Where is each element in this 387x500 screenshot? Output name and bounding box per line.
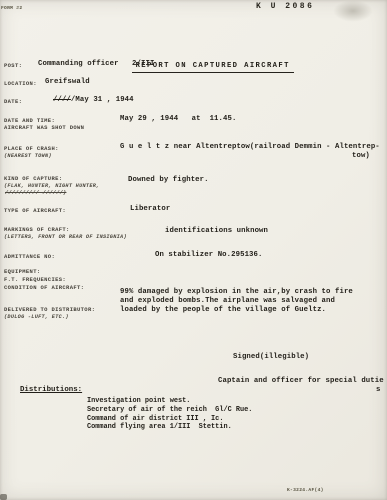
field-label-ft-frequencies: F.T. FREQUENCIES: [4, 276, 66, 283]
field-value-markings: identifications unknown [165, 227, 268, 235]
field-value-admittance: On stabilizer No.295136. [155, 251, 263, 259]
field-label-date-time-2: AIRCRAFT WAS SHOT DOWN [4, 124, 84, 131]
scanned-report-page: FORM #2 K U 2086 REPORT ON CAPTURED AIRC… [0, 0, 387, 500]
distributions-heading: Distributions: [20, 386, 82, 394]
field-label-equipment: EQUIPMENT: [4, 268, 41, 275]
footer-code: K-3224.AF(4) [287, 488, 324, 493]
report-title: REPORT ON CAPTURED AIRCRAFT [132, 62, 294, 73]
distribution-item: Secretary of air of the reich Gl/C Rue. [87, 406, 252, 415]
field-value-type: Liberator [130, 205, 170, 213]
rank-line-continuation: s [376, 386, 380, 394]
field-label-admittance: ADMITTANCE NO: [4, 253, 55, 260]
date-text: /May 31 , 1944 [71, 96, 134, 104]
field-sublabel-kind-struck: ////////// //////) [5, 190, 66, 196]
field-label-date: DATE: [4, 98, 22, 105]
distribution-item: Investigation point west. [87, 397, 190, 406]
field-label-kind: KIND OF CAPTURE: [4, 175, 62, 182]
field-value-place-2: tow) [352, 152, 370, 160]
scan-speck [0, 494, 7, 500]
document-number: K U 2086 [256, 2, 314, 11]
field-value-date: /////May 31 , 1944 [53, 96, 134, 104]
field-label-delivered: DELIVERED TO DISTRIBUTOR: [4, 306, 95, 313]
field-label-location: LOCATION: [4, 80, 37, 87]
field-sublabel-delivered: (DULOG -LUFT, ETC.) [4, 314, 69, 320]
field-label-markings: MARKINGS OF CRAFT: [4, 226, 70, 233]
field-label-post: POST: [4, 62, 22, 69]
field-label-type: TYPE OF AIRCRAFT: [4, 207, 66, 214]
distribution-item: Command flying area 1/III Stettin. [87, 423, 232, 432]
scan-smudge [333, 0, 373, 22]
field-sublabel-markings: (LETTERS, FRONT OR REAR OF INSIGNIA) [4, 234, 127, 240]
field-label-date-time: DATE AND TIME: [4, 117, 55, 124]
signature-line: Signed(illegible) [233, 353, 309, 361]
field-value-kind: Downed by fighter. [128, 176, 209, 184]
date-struck-text: //// [53, 96, 71, 104]
field-value-place: G u e l t z near Altentreptow(railroad D… [120, 143, 380, 151]
field-value-post: Commanding officer 2/III [38, 60, 154, 68]
field-label-condition: CONDITION OF AIRCRAFT: [4, 284, 84, 291]
field-value-condition: 99% damaged by explosion in the air,by c… [120, 288, 353, 315]
field-label-place: PLACE OF CRASH: [4, 145, 59, 152]
field-sublabel-place: (NEAREST TOWN) [4, 153, 52, 159]
field-sublabel-kind: (FLAK, HUNTER, NIGHT HUNTER, [4, 183, 100, 189]
form-number: FORM #2 [1, 6, 22, 11]
field-value-location: Greifswald [45, 78, 90, 86]
rank-line: Captain and officer for special dutie [218, 377, 384, 385]
field-value-date-time: May 29 , 1944 at 11.45. [120, 115, 236, 123]
